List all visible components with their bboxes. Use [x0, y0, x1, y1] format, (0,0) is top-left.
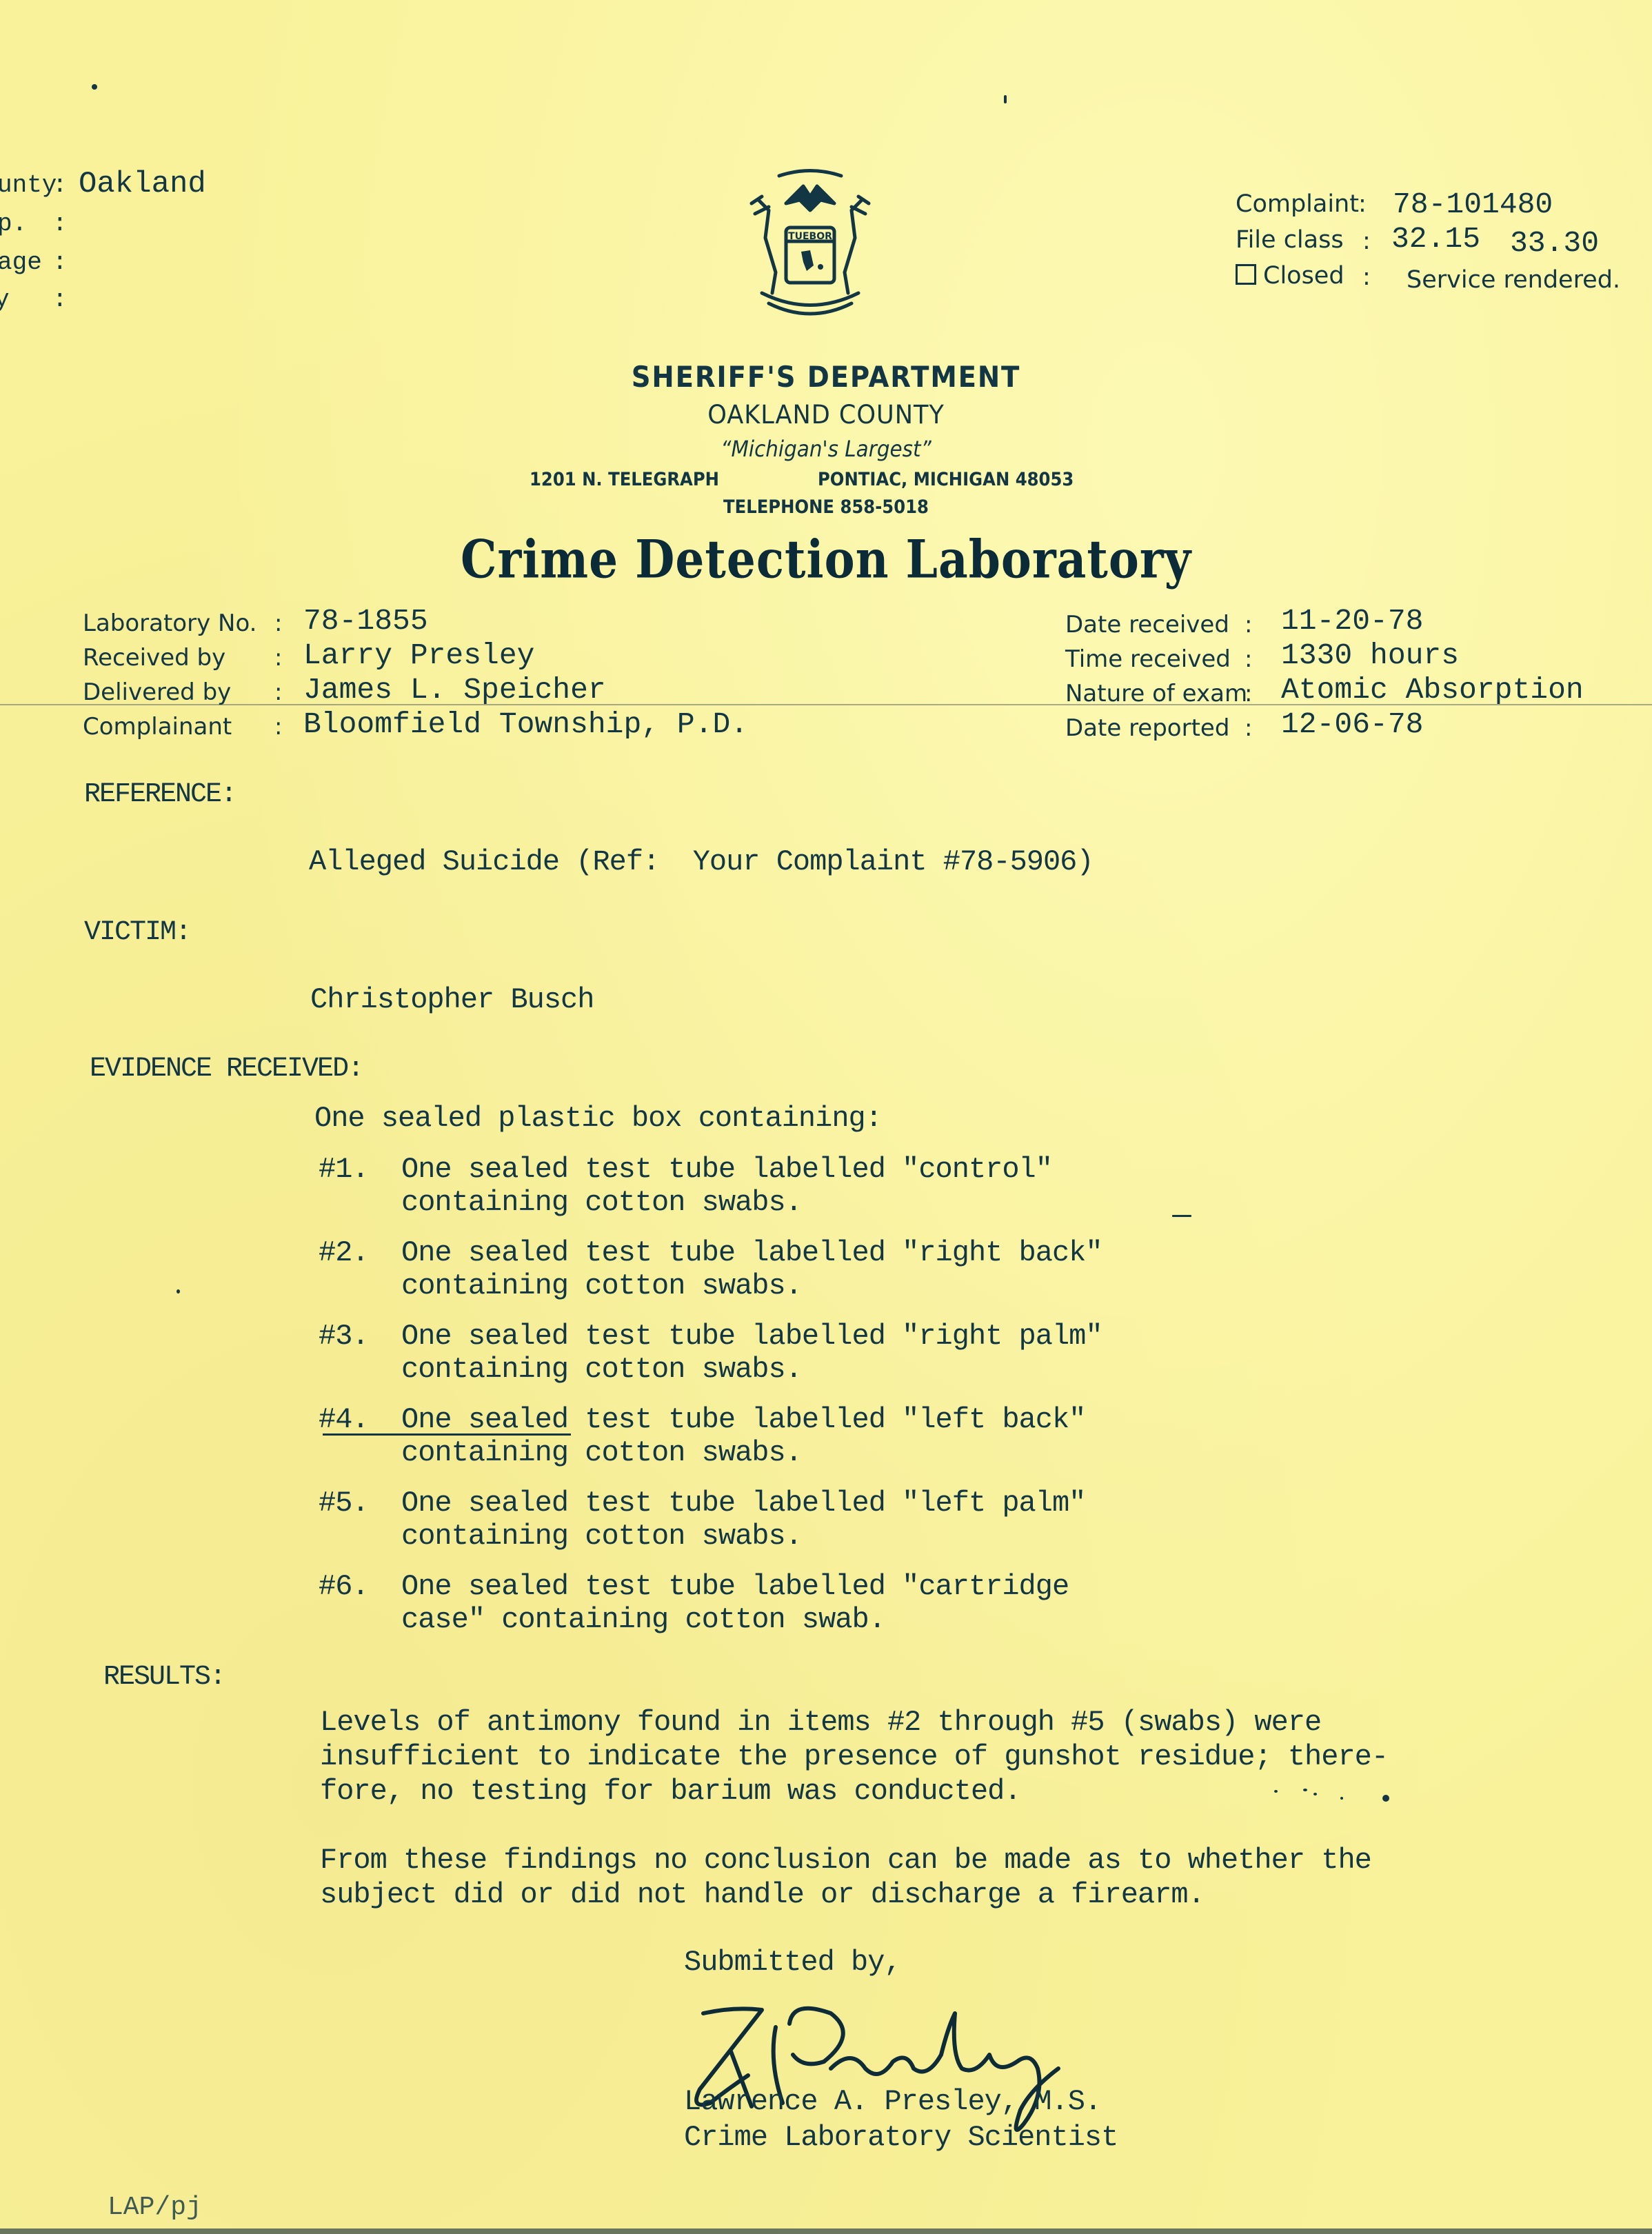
- village-colon: :: [52, 248, 68, 276]
- evidence-item-description: One sealed test tube labelled "control": [401, 1153, 1052, 1186]
- motto: “Michigan's Largest”: [66, 436, 1586, 462]
- evidence-item-number: #6.: [319, 1570, 369, 1603]
- evidence-item-number: #3.: [319, 1320, 369, 1353]
- evidence-item-description: One sealed test tube labelled "left palm…: [401, 1487, 1085, 1520]
- paper-speck: [1382, 1795, 1389, 1802]
- county-colon: :: [52, 171, 68, 199]
- date-reported-colon: :: [1245, 714, 1252, 742]
- nature-of-exam-colon: :: [1245, 680, 1252, 707]
- evidence-heading: EVIDENCE RECEIVED:: [90, 1054, 363, 1085]
- signer-name: Lawrence A. Presley, M.S.: [684, 2085, 1101, 2118]
- paper-speck: [1004, 95, 1007, 103]
- county-value: Oakland: [79, 167, 206, 201]
- paper-speck: [1274, 1790, 1278, 1793]
- results-p1-line2: insufficient to indicate the presence of…: [320, 1740, 1388, 1773]
- paper-speck: [92, 84, 97, 90]
- file-class-label: File class: [1236, 226, 1344, 254]
- complaint-number: 78-101480: [1393, 188, 1553, 221]
- complainant-value: Bloomfield Township, P.D.: [303, 707, 748, 741]
- file-class-value-1: 32.15: [1391, 222, 1480, 256]
- paper-speck: [1340, 1797, 1343, 1800]
- department-name: SHERIFF'S DEPARTMENT: [66, 360, 1586, 394]
- evidence-item-description: One sealed test tube labelled "right bac…: [401, 1236, 1102, 1269]
- lab-title: Crime Detection Laboratory: [0, 528, 1652, 590]
- closed-checkbox-row: Closed: [1236, 262, 1344, 290]
- city-label: y: [0, 285, 10, 314]
- county-name: OAKLAND COUNTY: [41, 400, 1611, 430]
- received-by-label: Received by: [83, 644, 225, 672]
- date-reported-label: Date reported: [1065, 714, 1229, 742]
- results-heading: RESULTS:: [103, 1662, 225, 1693]
- closed-label: Closed: [1263, 262, 1344, 290]
- date-received-colon: :: [1245, 611, 1252, 638]
- date-received-value: 11-20-78: [1281, 604, 1423, 638]
- svg-text:TUEBOR: TUEBOR: [788, 231, 832, 242]
- results-p1-line1: Levels of antimony found in items #2 thr…: [320, 1706, 1321, 1739]
- page-bottom-edge: [0, 2228, 1652, 2234]
- typist-initials: LAP/pj: [108, 2193, 202, 2222]
- lab-no-colon: :: [274, 610, 282, 637]
- file-class-value-2: 33.30: [1510, 226, 1599, 260]
- nature-of-exam-value: Atomic Absorption: [1281, 673, 1584, 707]
- file-class-colon: :: [1362, 228, 1371, 255]
- reference-text: Alleged Suicide (Ref: Your Complaint #78…: [309, 845, 1094, 878]
- complaint-label: Complaint: [1236, 190, 1359, 218]
- results-p2-line1: From these findings no conclusion can be…: [320, 1844, 1371, 1877]
- handwritten-underline: [323, 1433, 571, 1436]
- results-p1-line3: fore, no testing for barium was conducte…: [320, 1775, 1021, 1808]
- victim-name: Christopher Busch: [310, 983, 594, 1016]
- evidence-item-number: #4.: [319, 1403, 369, 1436]
- complaint-colon: :: [1358, 190, 1367, 218]
- paper-speck: [1313, 1793, 1317, 1795]
- telephone: TELEPHONE 858-5018: [83, 496, 1569, 518]
- evidence-item-description-cont: containing cotton swabs.: [401, 1269, 802, 1302]
- nature-of-exam-label: Nature of exam: [1065, 680, 1247, 707]
- city-colon: :: [52, 285, 68, 314]
- evidence-item-number: #2.: [319, 1236, 369, 1269]
- evidence-item-number: #1.: [319, 1153, 369, 1186]
- evidence-item-description-cont: containing cotton swabs.: [401, 1186, 802, 1219]
- evidence-item-description-cont: containing cotton swabs.: [401, 1436, 802, 1469]
- date-received-label: Date received: [1065, 611, 1229, 638]
- michigan-state-seal-icon: TUEBOR: [738, 162, 883, 321]
- complainant-label: Complainant: [83, 713, 232, 741]
- address-city: PONTIAC, MICHIGAN 48053: [818, 469, 1074, 490]
- evidence-item-description-cont: case" containing cotton swab.: [401, 1603, 885, 1636]
- delivered-by-colon: :: [274, 678, 282, 706]
- evidence-item-number: #5.: [319, 1487, 369, 1520]
- received-by-colon: :: [274, 644, 282, 672]
- delivered-by-value: James L. Speicher: [303, 673, 606, 707]
- closed-value: Service rendered.: [1407, 266, 1620, 294]
- twp-label: p.: [0, 210, 27, 238]
- delivered-by-label: Delivered by: [83, 678, 231, 706]
- time-received-value: 1330 hours: [1281, 638, 1459, 672]
- submitted-by: Submitted by,: [684, 1946, 901, 1979]
- twp-colon: :: [52, 210, 68, 238]
- received-by-value: Larry Presley: [303, 638, 534, 672]
- evidence-item-description-cont: containing cotton swabs.: [401, 1353, 802, 1386]
- time-received-label: Time received: [1065, 645, 1231, 673]
- address-street: 1201 N. TELEGRAPH: [530, 469, 719, 490]
- village-label: age: [0, 248, 42, 276]
- evidence-item-description-cont: containing cotton swabs.: [401, 1520, 802, 1553]
- closed-colon: :: [1362, 263, 1371, 291]
- county-label: unty: [0, 171, 57, 199]
- evidence-item-description: One sealed test tube labelled "right pal…: [401, 1320, 1102, 1353]
- date-reported-value: 12-06-78: [1281, 707, 1423, 741]
- lab-no-value: 78-1855: [303, 604, 428, 638]
- paper-speck: [1172, 1215, 1191, 1217]
- evidence-item-description: One sealed test tube labelled "left back…: [401, 1403, 1085, 1436]
- results-p2-line2: subject did or did not handle or dischar…: [320, 1878, 1205, 1911]
- evidence-item-description: One sealed test tube labelled "cartridge: [401, 1570, 1069, 1603]
- paper-speck: [177, 1289, 180, 1294]
- closed-checkbox[interactable]: [1236, 264, 1256, 285]
- victim-heading: VICTIM:: [84, 917, 190, 948]
- lab-report-page: unty : Oakland p. : age : y : TUEBOR Com…: [0, 0, 1652, 2234]
- signer-title: Crime Laboratory Scientist: [684, 2121, 1118, 2154]
- evidence-intro: One sealed plastic box containing:: [314, 1102, 882, 1135]
- time-received-colon: :: [1245, 645, 1252, 673]
- lab-no-label: Laboratory No.: [83, 610, 256, 637]
- paper-speck: [1303, 1789, 1307, 1791]
- complainant-colon: :: [274, 713, 282, 741]
- reference-heading: REFERENCE:: [84, 779, 236, 810]
